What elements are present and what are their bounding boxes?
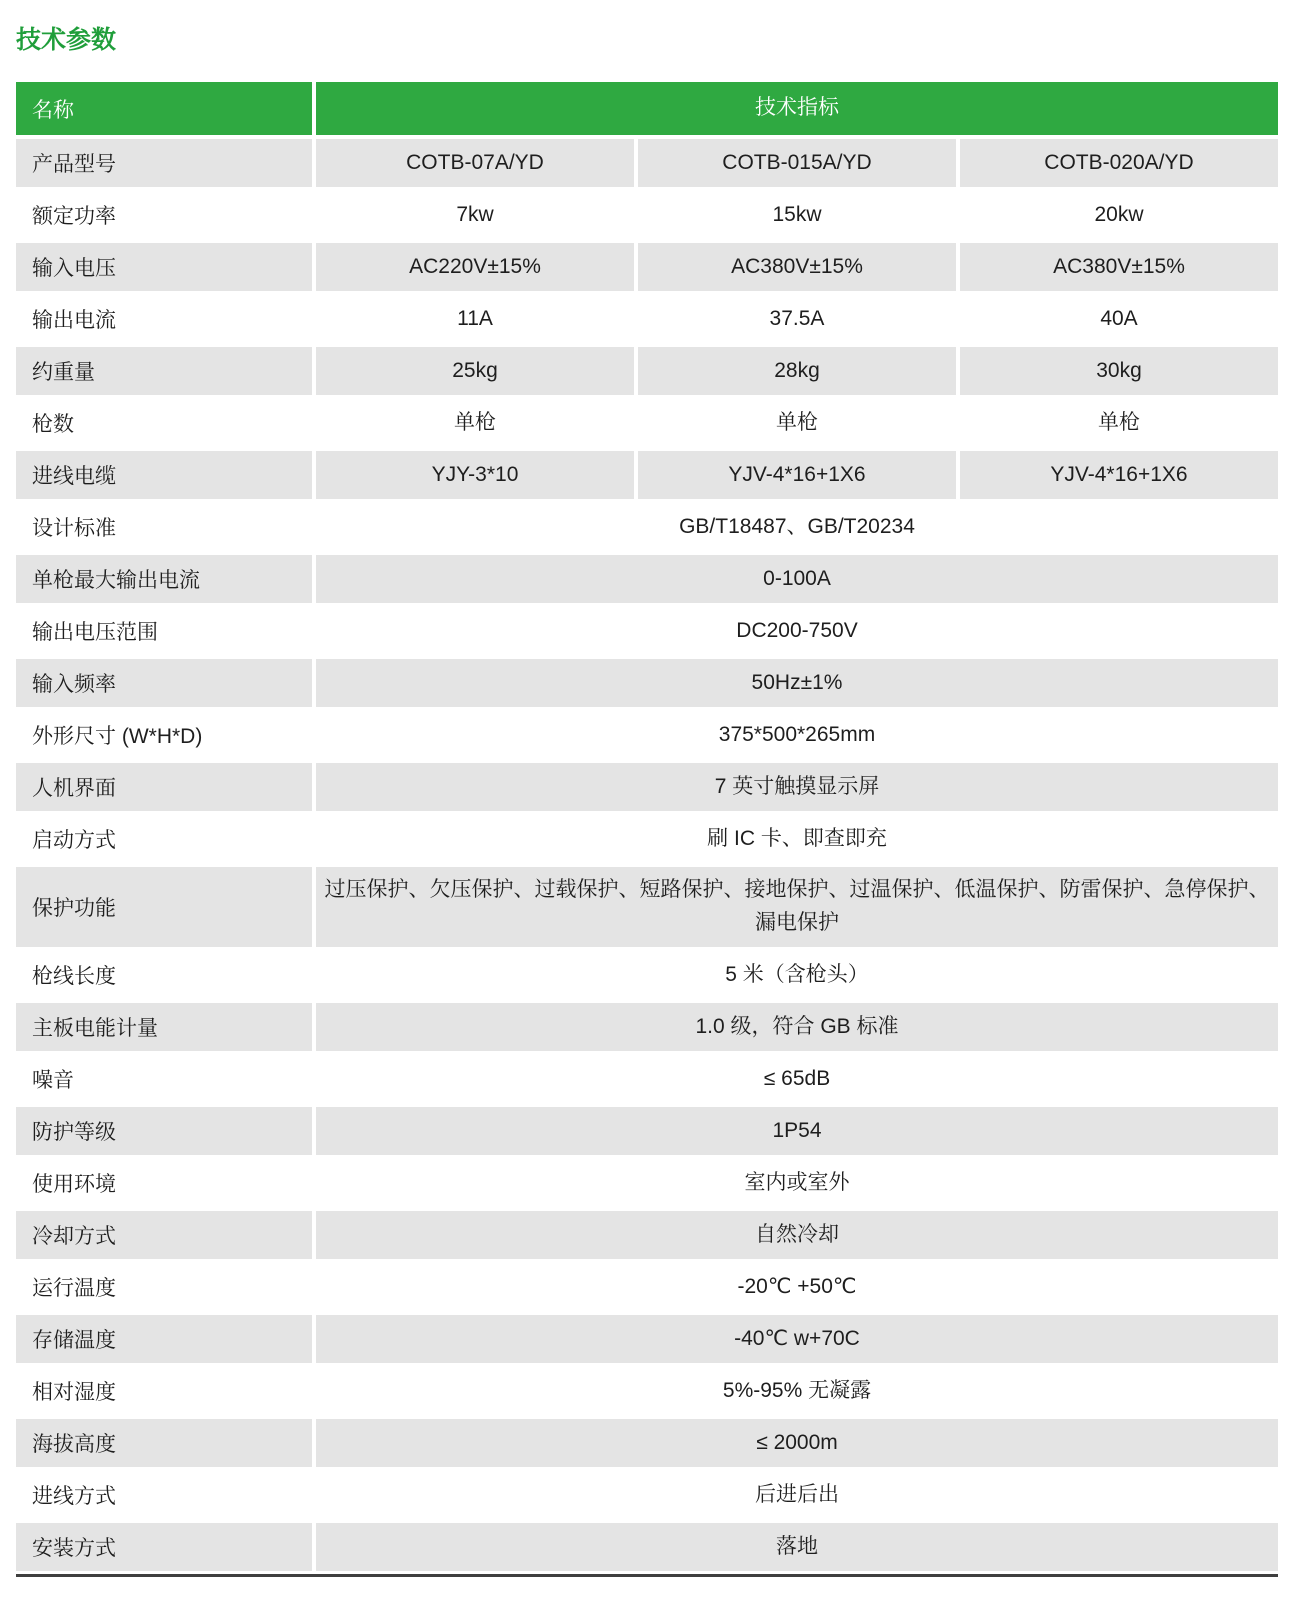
row-label: 冷却方式 (16, 1211, 312, 1259)
row-label: 噪音 (16, 1055, 312, 1103)
row-label: 海拔高度 (16, 1419, 312, 1467)
row-label: 额定功率 (16, 191, 312, 239)
row-value-merged: 0-100A (316, 555, 1278, 603)
table-row: 防护等级1P54 (16, 1107, 1278, 1155)
row-value-merged: 自然冷却 (316, 1211, 1278, 1259)
row-label: 设计标准 (16, 503, 312, 551)
row-value-merged: DC200-750V (316, 607, 1278, 655)
row-label: 枪数 (16, 399, 312, 447)
row-value: YJV-4*16+1X6 (638, 451, 956, 499)
row-label: 使用环境 (16, 1159, 312, 1207)
row-value: 25kg (316, 347, 634, 395)
table-body: 产品型号COTB-07A/YDCOTB-015A/YDCOTB-020A/YD额… (16, 139, 1278, 1571)
row-label: 人机界面 (16, 763, 312, 811)
row-label: 主板电能计量 (16, 1003, 312, 1051)
table-row: 进线方式后进后出 (16, 1471, 1278, 1519)
table-row: 输入电压AC220V±15%AC380V±15%AC380V±15% (16, 243, 1278, 291)
row-label: 单枪最大输出电流 (16, 555, 312, 603)
row-label: 进线方式 (16, 1471, 312, 1519)
row-value: AC220V±15% (316, 243, 634, 291)
table-row: 约重量25kg28kg30kg (16, 347, 1278, 395)
row-label: 存储温度 (16, 1315, 312, 1363)
row-value: 单枪 (316, 399, 634, 447)
table-row: 输入频率50Hz±1% (16, 659, 1278, 707)
row-label: 防护等级 (16, 1107, 312, 1155)
table-row: 海拔高度≤ 2000m (16, 1419, 1278, 1467)
row-label: 安装方式 (16, 1523, 312, 1571)
row-value-merged: 落地 (316, 1523, 1278, 1571)
row-value: AC380V±15% (960, 243, 1278, 291)
row-value-merged: 5%-95% 无凝露 (316, 1367, 1278, 1415)
row-value: 28kg (638, 347, 956, 395)
row-value: 7kw (316, 191, 634, 239)
table-row: 单枪最大输出电流0-100A (16, 555, 1278, 603)
row-label: 输出电流 (16, 295, 312, 343)
row-value-merged: 1P54 (316, 1107, 1278, 1155)
row-value: COTB-07A/YD (316, 139, 634, 187)
table-row: 进线电缆YJY-3*10YJV-4*16+1X6YJV-4*16+1X6 (16, 451, 1278, 499)
row-value: YJY-3*10 (316, 451, 634, 499)
row-value: 40A (960, 295, 1278, 343)
table-row: 冷却方式自然冷却 (16, 1211, 1278, 1259)
header-name-cell: 名称 (16, 82, 312, 135)
row-value: 单枪 (638, 399, 956, 447)
row-label: 相对湿度 (16, 1367, 312, 1415)
row-value-merged: ≤ 65dB (316, 1055, 1278, 1103)
row-value: 30kg (960, 347, 1278, 395)
row-label: 启动方式 (16, 815, 312, 863)
page-title: 技术参数 (16, 26, 116, 55)
row-value-merged: 过压保护、欠压保护、过载保护、短路保护、接地保护、过温保护、低温保护、防雷保护、… (316, 867, 1278, 947)
table-header-row: 名称 技术指标 (16, 82, 1278, 135)
row-value-merged: 1.0 级，符合 GB 标准 (316, 1003, 1278, 1051)
row-value-merged: GB/T18487、GB/T20234 (316, 503, 1278, 551)
row-value: AC380V±15% (638, 243, 956, 291)
row-value-merged: -20℃ +50℃ (316, 1263, 1278, 1311)
row-value-merged: 7 英寸触摸显示屏 (316, 763, 1278, 811)
row-value: 11A (316, 295, 634, 343)
row-label: 运行温度 (16, 1263, 312, 1311)
row-value-merged: 375*500*265mm (316, 711, 1278, 759)
row-value-merged: 后进后出 (316, 1471, 1278, 1519)
row-value-merged: 5 米（含枪头） (316, 951, 1278, 999)
row-value-merged: 50Hz±1% (316, 659, 1278, 707)
table-row: 安装方式落地 (16, 1523, 1278, 1571)
row-label: 输入电压 (16, 243, 312, 291)
table-row: 存储温度-40℃ w+70C (16, 1315, 1278, 1363)
row-label: 输出电压范围 (16, 607, 312, 655)
row-value: 15kw (638, 191, 956, 239)
row-value: YJV-4*16+1X6 (960, 451, 1278, 499)
table-bottom-border (16, 1574, 1278, 1577)
table-row: 枪线长度5 米（含枪头） (16, 951, 1278, 999)
row-value-merged: -40℃ w+70C (316, 1315, 1278, 1363)
row-value: 单枪 (960, 399, 1278, 447)
row-label: 输入频率 (16, 659, 312, 707)
spec-table: 名称 技术指标 产品型号COTB-07A/YDCOTB-015A/YDCOTB-… (16, 82, 1278, 1577)
table-row: 输出电流11A37.5A40A (16, 295, 1278, 343)
row-value-merged: ≤ 2000m (316, 1419, 1278, 1467)
row-value: 37.5A (638, 295, 956, 343)
table-row: 额定功率7kw15kw20kw (16, 191, 1278, 239)
table-row: 外形尺寸 (W*H*D)375*500*265mm (16, 711, 1278, 759)
table-row: 产品型号COTB-07A/YDCOTB-015A/YDCOTB-020A/YD (16, 139, 1278, 187)
header-spec-cell: 技术指标 (316, 82, 1278, 135)
table-row: 保护功能过压保护、欠压保护、过载保护、短路保护、接地保护、过温保护、低温保护、防… (16, 867, 1278, 947)
table-row: 相对湿度5%-95% 无凝露 (16, 1367, 1278, 1415)
table-row: 主板电能计量1.0 级，符合 GB 标准 (16, 1003, 1278, 1051)
row-label: 保护功能 (16, 867, 312, 947)
row-label: 约重量 (16, 347, 312, 395)
row-value-merged: 室内或室外 (316, 1159, 1278, 1207)
table-row: 噪音≤ 65dB (16, 1055, 1278, 1103)
table-row: 枪数单枪单枪单枪 (16, 399, 1278, 447)
row-value: COTB-020A/YD (960, 139, 1278, 187)
table-row: 启动方式刷 IC 卡、即查即充 (16, 815, 1278, 863)
table-row: 输出电压范围DC200-750V (16, 607, 1278, 655)
row-label: 产品型号 (16, 139, 312, 187)
table-row: 使用环境室内或室外 (16, 1159, 1278, 1207)
row-value: 20kw (960, 191, 1278, 239)
row-label: 外形尺寸 (W*H*D) (16, 711, 312, 759)
row-value-merged: 刷 IC 卡、即查即充 (316, 815, 1278, 863)
table-row: 设计标准GB/T18487、GB/T20234 (16, 503, 1278, 551)
table-row: 运行温度-20℃ +50℃ (16, 1263, 1278, 1311)
row-label: 进线电缆 (16, 451, 312, 499)
row-value: COTB-015A/YD (638, 139, 956, 187)
table-row: 人机界面7 英寸触摸显示屏 (16, 763, 1278, 811)
row-label: 枪线长度 (16, 951, 312, 999)
